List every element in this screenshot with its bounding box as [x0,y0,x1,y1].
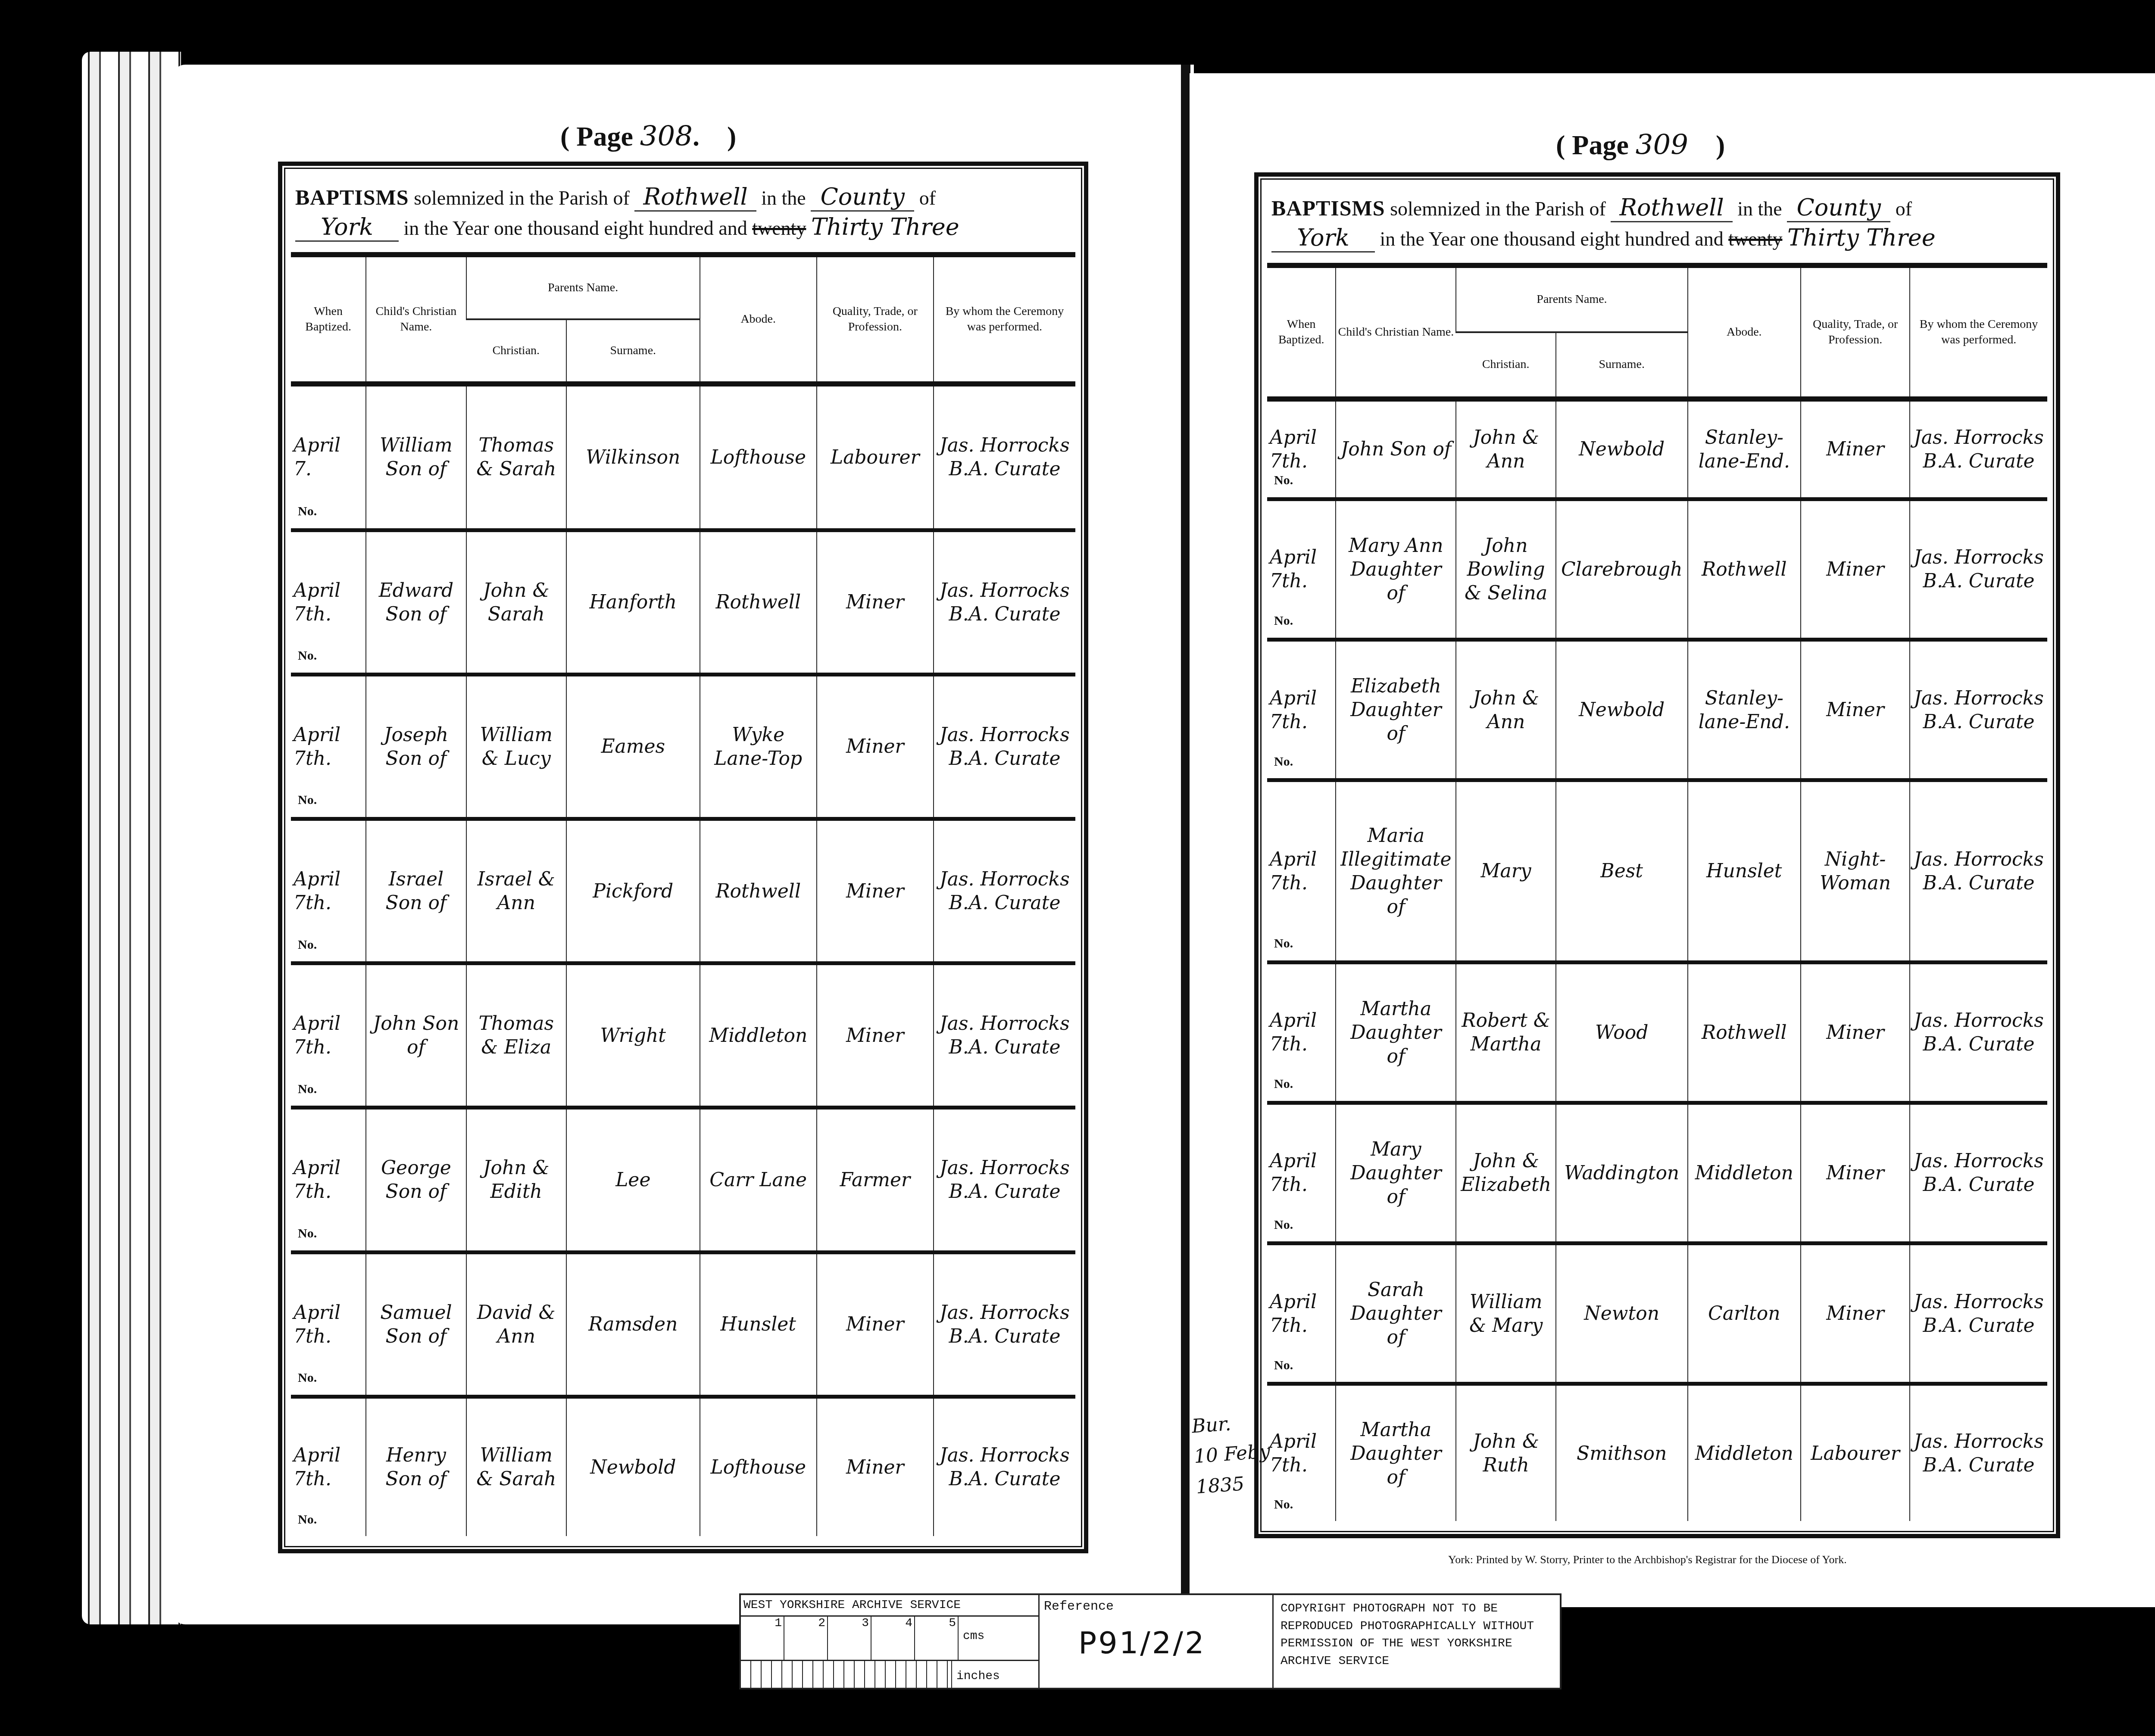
page-number-left: ( Page 308. ) [560,121,736,153]
table-row: April 7th.No.John Son ofJohn & AnnNewbol… [1267,399,2047,499]
table-row: April 7th.No.Henry Son ofWilliam & Sarah… [291,1396,1075,1536]
archive-service-name: WEST YORKSHIRE ARCHIVE SERVICE [741,1595,1038,1617]
book-spine-edge [82,52,181,1624]
register-heading-right: BAPTISMS solemnized in the Parish of Rot… [1271,194,2043,222]
table-row: April 7th.No.Martha Daughter ofRobert & … [1267,962,2047,1103]
col-when: When Baptized. [1267,265,1336,399]
col-parents-christian: Christian. [1456,332,1555,399]
copyright-notice: COPYRIGHT PHOTOGRAPH NOT TO BE REPRODUCE… [1274,1595,1560,1688]
table-row: April 7th.No.Sarah Daughter ofWilliam & … [1267,1244,2047,1384]
right-page: ( Page 309 ) BAPTISMS solemnized in the … [1190,73,2155,1607]
county-field: York [1271,224,1375,252]
county-word-field: County [1787,194,1890,222]
margin-burial-note: Bur. 10 Feby 1835 [1191,1406,1273,1502]
col-abode: Abode. [700,255,817,384]
col-quality: Quality, Trade, or Profession. [817,255,934,384]
col-quality: Quality, Trade, or Profession. [1801,265,1910,399]
baptism-table-left: When Baptized. Child's Christian Name. P… [291,252,1075,1536]
county-field: York [295,213,399,242]
col-abode: Abode. [1688,265,1801,399]
book-gutter [1181,65,1190,1599]
reference-label: Reference [1040,1595,1272,1618]
register-year-line-left: York in the Year one thousand eight hund… [295,213,1071,242]
col-parents-surname: Surname. [1556,332,1688,399]
col-by-whom: By whom the Ceremony was performed. [934,255,1075,384]
cm-scale: 1 2 3 4 5 cms [741,1617,1038,1661]
parish-field: Rothwell [634,183,756,212]
table-row: April 7th.No.Mary Daughter ofJohn & Eliz… [1267,1103,2047,1243]
col-parents-christian: Christian. [466,319,566,384]
register-heading-left: BAPTISMS solemnized in the Parish of Rot… [295,183,1071,212]
parish-field: Rothwell [1611,194,1732,222]
col-child: Child's Christian Name. [366,255,466,384]
register-frame-left: BAPTISMS solemnized in the Parish of Rot… [278,162,1088,1553]
table-row: April 7th.No.Joseph Son ofWilliam & Lucy… [291,674,1075,819]
table-row: April 7th.No.Israel Son ofIsrael & AnnPi… [291,819,1075,963]
col-child: Child's Christian Name. [1336,265,1456,399]
baptism-table-right: When Baptized. Child's Christian Name. P… [1267,263,2047,1521]
table-row: April 7th.No.Elizabeth Daughter ofJohn &… [1267,639,2047,780]
table-row: April 7th.No.John Son ofThomas & ElizaWr… [291,963,1075,1108]
table-row: April 7th.No.Mary Ann Daughter ofJohn Bo… [1267,499,2047,639]
table-row: April 7th.No.George Son ofJohn & EdithLe… [291,1108,1075,1252]
page-number-right: ( Page 309 ) [1556,129,1725,161]
col-parents-surname: Surname. [566,319,700,384]
table-row: April 7th.No.Martha Daughter ofJohn & Ru… [1267,1384,2047,1521]
table-row: April 7th.No.Samuel Son ofDavid & AnnRam… [291,1252,1075,1396]
col-parents: Parents Name. [466,255,700,319]
table-row: April 7.No.William Son ofThomas & SarahW… [291,384,1075,530]
col-by-whom: By whom the Ceremony was performed. [1910,265,2047,399]
table-row: April 7th.No.Maria Illegitimate Daughter… [1267,780,2047,963]
county-word-field: County [811,183,914,212]
register-year-line-right: York in the Year one thousand eight hund… [1271,224,2043,252]
reference-number: P91/2/2 [1078,1625,1206,1661]
archive-reference-label: WEST YORKSHIRE ARCHIVE SERVICE 1 2 3 4 5… [739,1593,1562,1689]
year-field: Thirty Three [1787,224,1936,251]
col-parents: Parents Name. [1456,265,1687,332]
inch-scale: inches [741,1661,1038,1688]
left-page: ( Page 308. ) BAPTISMS solemnized in the… [172,65,1194,1624]
register-frame-right: BAPTISMS solemnized in the Parish of Rot… [1254,172,2060,1538]
printer-imprint: York: Printed by W. Storry, Printer to t… [1448,1553,1847,1566]
col-when: When Baptized. [291,255,366,384]
year-field: Thirty Three [811,213,959,240]
table-row: April 7th.No.Edward Son ofJohn & SarahHa… [291,530,1075,674]
